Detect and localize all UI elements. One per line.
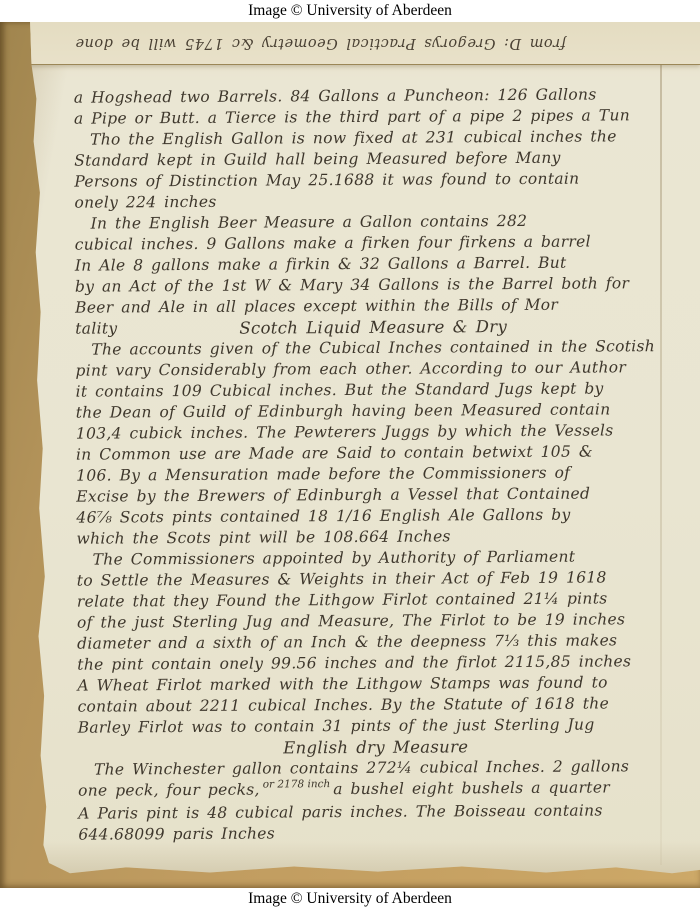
manuscript-text: a Hogshead two Barrels. 84 Gallons a Pun… (0, 62, 700, 846)
manuscript-line: by an Act of the 1st W & Mary 34 Gallons… (75, 273, 671, 298)
inserted-correction: or 2178 inch (263, 774, 331, 795)
watermark-banner-top: Image © University of Aberdeen (0, 0, 700, 22)
manuscript-line: cubical inches. 9 Gallons make a firken … (75, 231, 671, 256)
page-fold-strip: from D: Gregorys Practical Geometry &c 1… (0, 22, 700, 65)
watermark-text-bottom: Image © University of Aberdeen (248, 890, 452, 908)
manuscript-line: 644.68099 paris Inches (78, 821, 674, 846)
watermark-banner-bottom: Image © University of Aberdeen (0, 888, 700, 910)
inverted-annotation: from D: Gregorys Practical Geometry &c 1… (75, 35, 626, 51)
manuscript-line: Barley Firlot was to contain 31 pints of… (78, 714, 674, 739)
manuscript-page: from D: Gregorys Practical Geometry &c 1… (0, 22, 700, 875)
line-text: a bushel eight bushels a quarter (333, 778, 610, 798)
manuscript-line: Tho the English Gallon is now fixed at 2… (74, 126, 670, 151)
manuscript-line: A Paris pint is 48 cubical paris inches.… (78, 800, 674, 825)
manuscript-line: in Common use are Made are Said to conta… (76, 441, 672, 466)
scan-background: from D: Gregorys Practical Geometry &c 1… (0, 22, 700, 888)
line-text: one peck, four pecks, (78, 781, 260, 800)
watermark-text-top: Image © University of Aberdeen (248, 2, 452, 20)
manuscript-line: Excise by the Brewers of Edinburgh a Ves… (76, 483, 672, 508)
